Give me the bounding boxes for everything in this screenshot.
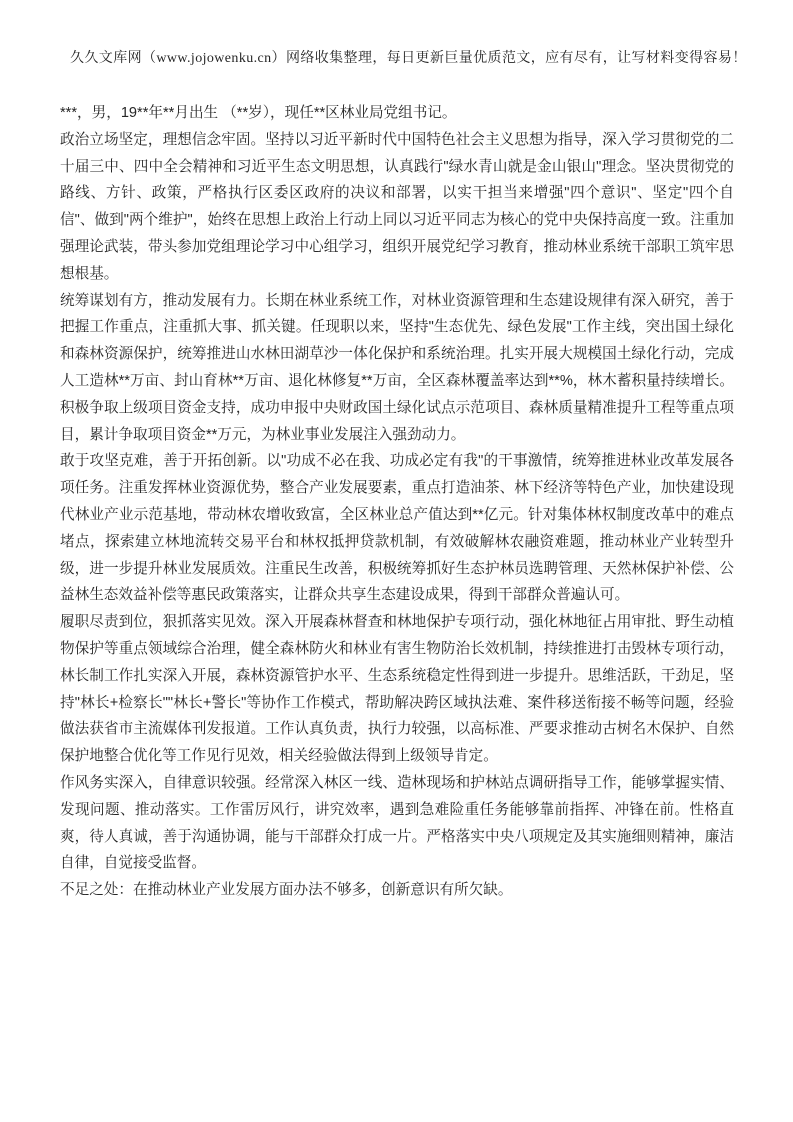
paragraph-workstyle: 作风务实深入，自律意识较强。经常深入林区一线、造林现场和护林站点调研指导工作，能… — [60, 770, 734, 877]
paragraph-intro: ***，男，19**年**月出生 （**岁），现任**区林业局党组书记。 — [60, 100, 734, 127]
paragraph-innovation: 敢于攻坚克难，善于开拓创新。以"功成不必在我、功成必定有我"的干事激情，统筹推进… — [60, 448, 734, 609]
site-watermark-notice: 久久文库网（www.jojowenku.cn）网络收集整理，每日更新巨量优质范文… — [70, 48, 735, 70]
paragraph-duty: 履职尽责到位，狠抓落实见效。深入开展森林督查和林地保护专项行动，强化林地征占用审… — [60, 609, 734, 770]
document-body: ***，男，19**年**月出生 （**岁），现任**区林业局党组书记。 政治立… — [60, 100, 734, 904]
document-page: 久久文库网（www.jojowenku.cn）网络收集整理，每日更新巨量优质范文… — [0, 0, 793, 1122]
paragraph-planning: 统筹谋划有方，推动发展有力。长期在林业系统工作，对林业资源管理和生态建设规律有深… — [60, 288, 734, 449]
paragraph-politics: 政治立场坚定，理想信念牢固。坚持以习近平新时代中国特色社会主义思想为指导，深入学… — [60, 127, 734, 288]
paragraph-shortcomings: 不足之处：在推动林业产业发展方面办法不够多，创新意识有所欠缺。 — [60, 877, 734, 904]
